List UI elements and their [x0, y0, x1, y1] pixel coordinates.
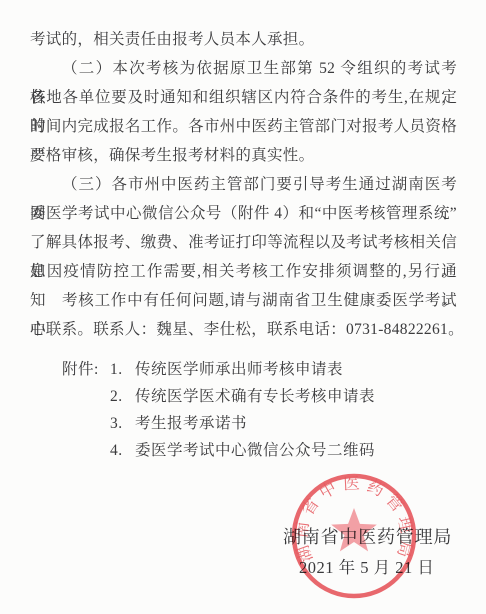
- attachment-number: 2.: [110, 383, 135, 410]
- attachment-item: 4. 委医学考试中心微信公众号二维码: [62, 437, 462, 464]
- attachments-label: 附件:: [62, 356, 110, 383]
- body-line: 心联系。联系人：魏星、李仕松，联系电话：0731-84822261。: [30, 315, 457, 344]
- attachment-title: 传统医学师承出师考核申请表: [135, 356, 462, 383]
- attachment-title: 考生报考承诺书: [135, 410, 462, 437]
- notice-body: 考试的，相关责任由报考人员本人承担。 （二）本次考核为依据原卫生部第 52 令组…: [30, 25, 457, 344]
- attachment-title: 传统医学医术确有专长考核申请表: [135, 383, 462, 410]
- body-line: 考核工作中有任何问题,请与湖南省卫生健康委医学考试中: [30, 286, 457, 315]
- attachment-number: 1.: [110, 356, 135, 383]
- body-line: 时间内完成报名工作。各市州中医药主管部门对报考人员资格要: [30, 112, 457, 141]
- body-line: 了解具体报考、缴费、准考证打印等流程以及考试考核相关信息。: [30, 228, 457, 257]
- attachments-label-spacer: [62, 383, 110, 410]
- body-line: 委医学考试中心微信公众号（附件 4）和“中医考核管理系统”: [30, 199, 457, 228]
- body-line: 各地各单位要及时通知和组织辖区内符合条件的考生,在规定的: [30, 83, 457, 112]
- body-line: （三）各市州中医药主管部门要引导考生通过湖南医考网、: [30, 170, 457, 199]
- attachment-item: 3. 考生报考承诺书: [62, 410, 462, 437]
- attachment-title: 委医学考试中心微信公众号二维码: [135, 437, 462, 464]
- attachment-number: 4.: [110, 437, 135, 464]
- seal-arc-text: 湖南省中医药管理局: [291, 474, 416, 565]
- body-line: 严格审核，确保考生报考材料的真实性。: [30, 141, 457, 170]
- signature-agency: 湖南省中医药管理局: [283, 523, 452, 549]
- attachments-label-spacer: [62, 410, 110, 437]
- body-line: 如因疫情防控工作需要,相关考核工作安排须调整的,另行通知。: [30, 257, 457, 286]
- attachment-number: 3.: [110, 410, 135, 437]
- body-line: （二）本次考核为依据原卫生部第 52 令组织的考试考核，: [30, 54, 457, 83]
- attachments-label-spacer: [62, 437, 110, 464]
- attachments-list: 附件: 1. 传统医学师承出师考核申请表 2. 传统医学医术确有专长考核申请表 …: [62, 356, 462, 464]
- signature-date: 2021 年 5 月 21 日: [299, 554, 434, 578]
- document-page: 考试的，相关责任由报考人员本人承担。 （二）本次考核为依据原卫生部第 52 令组…: [0, 0, 486, 614]
- body-line: 考试的，相关责任由报考人员本人承担。: [30, 25, 457, 54]
- attachment-item: 2. 传统医学医术确有专长考核申请表: [62, 383, 462, 410]
- attachment-item: 附件: 1. 传统医学师承出师考核申请表: [62, 356, 462, 383]
